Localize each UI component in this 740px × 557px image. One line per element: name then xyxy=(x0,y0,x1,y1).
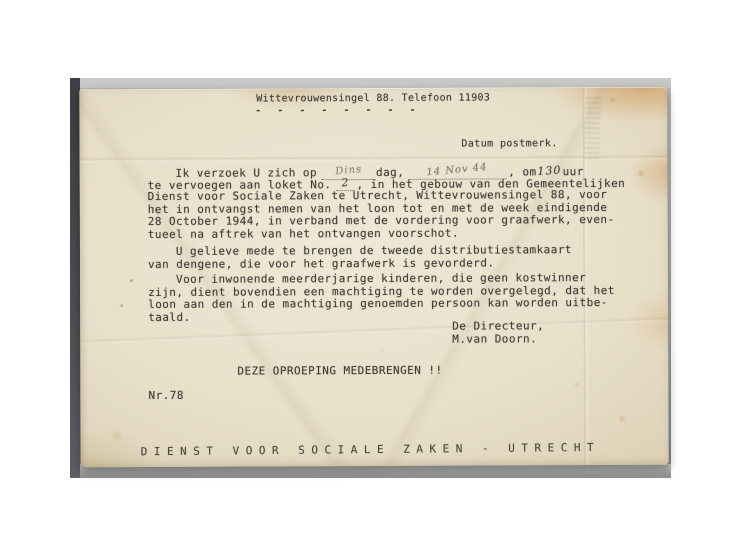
body-line: loon aan den in de machtiging genoemden … xyxy=(148,297,648,312)
reference-number: Nr.78 xyxy=(148,389,183,402)
body-line: taald. xyxy=(148,309,648,324)
signature-name: M.van Doorn. xyxy=(452,333,544,346)
handwritten-time: 130 xyxy=(537,165,562,179)
letter-paper: Wittevrouwensingel 88. Telefoon 11903 - … xyxy=(79,87,669,468)
body-line: van dengene, die voor het graafwerk is g… xyxy=(148,256,648,271)
bring-notice: DEZE OPROEPING MEDEBRENGEN !! xyxy=(237,364,442,378)
department-footer: DIENST VOOR SOCIALE ZAKEN - UTRECHT xyxy=(141,441,600,458)
signature-block: De Directeur, M.van Doorn. xyxy=(452,320,544,345)
handwritten-time-field: 130 xyxy=(537,166,563,179)
paper-stain-specks xyxy=(79,89,82,92)
document-photo: Wittevrouwensingel 88. Telefoon 11903 - … xyxy=(70,78,671,478)
dashed-divider: - - - - - - - - xyxy=(255,105,420,117)
signature-title: De Directeur, xyxy=(452,320,544,333)
faint-vertical-stamp xyxy=(583,95,601,159)
body-line: tueel na aftrek van het ontvangen voorsc… xyxy=(148,226,648,241)
handwritten-counter-number: 2 xyxy=(341,176,350,189)
date-postmark-label: Datum postmerk. xyxy=(461,138,557,149)
letter-body: Ik verzoek U zich opDinsdag,14 Nov 44, o… xyxy=(148,164,649,324)
address-header: Wittevrouwensingel 88. Telefoon 11903 xyxy=(79,92,667,106)
